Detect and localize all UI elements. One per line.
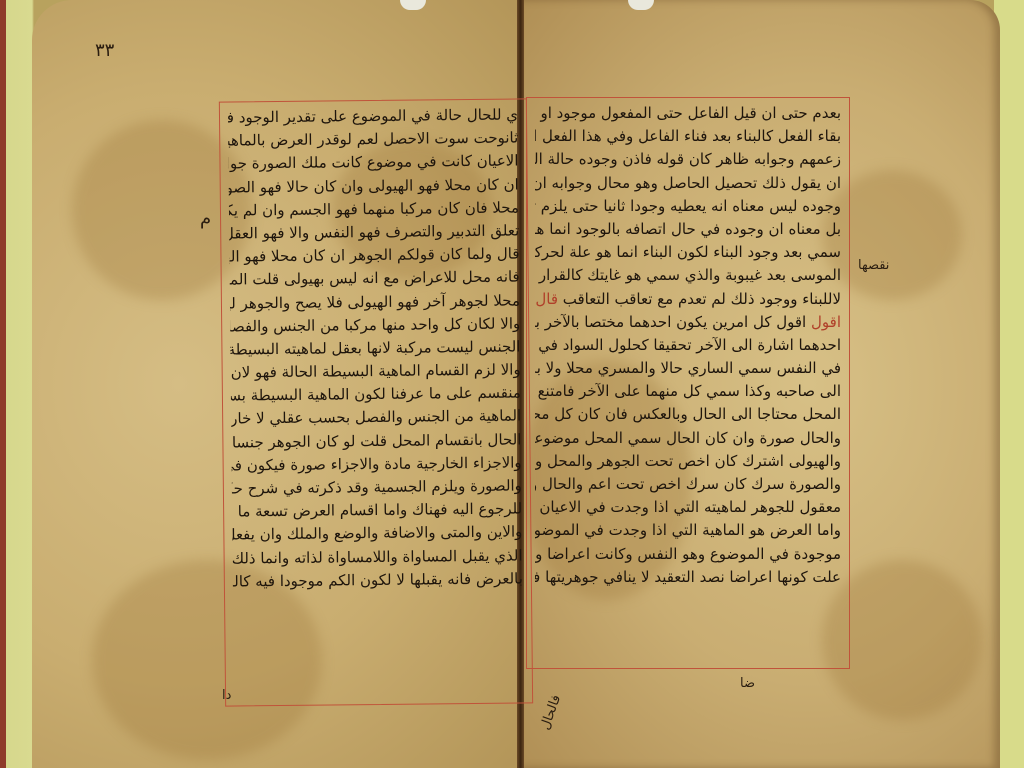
text-line: بل معناه ان وجوده في حال اتصافه بالوجود … [535,218,841,241]
text-line: احدهما اشارة الى الآخر تحقيقا كحلول السو… [535,334,841,357]
text-line: والهيولى اشترك كان اخص تحت الجوهر والمحل… [535,450,841,473]
text-line: منقسم على ما عرفنا لكون الماهية البسيطة … [231,382,521,408]
text-line: والصورة ويلزم الجسمية وقد ذكرته في شرح ح… [232,474,522,500]
text-line: علت كونها اعراضا نصد التعقيد لا ينافي جو… [535,566,841,589]
text-line: محلا فان كان مركبا منهما فهو الجسم وان ل… [229,196,519,222]
right-text-block: بعدم حتى ان قيل الفاعل حتى المفعول موجود… [526,97,850,669]
right-catchword: ضا [740,676,755,691]
text-line: اقول اقول كل امرين يكون احدهما مختصا بال… [535,311,841,334]
rubric-word: قال [535,290,558,308]
text-line: زعمهم وجوابه ظاهر كان قوله فاذن وجوده حا… [535,148,841,171]
text-line: والا لكان كل واحد منها مركبا من الجنس وا… [230,312,520,338]
text-line: لاللبناء ووجود ذلك لم تعدم مع تعاقب التع… [535,288,841,311]
text-line: بعدم حتى ان قيل الفاعل حتى المفعول موجود… [535,102,841,125]
text-line: في النفس سمي الساري حالا والمسري محلا ول… [535,357,841,380]
text-line: معقول للجوهر لماهيته التي اذا وجدت في ال… [535,496,841,519]
text-segment: اقول كل امرين يكون احدهما مختصا بالآخر ب… [535,313,806,331]
text-line: للرجوع اليه فهناك واما اقسام العرض تسعة … [232,498,522,524]
text-line: واما العرض هو الماهية التي اذا وجدت في ا… [535,519,841,542]
right-margin-note: نقصها [858,258,889,273]
text-line: الى صاحبه وكذا سمي كل منهما على الآخر فا… [535,380,841,403]
text-line: ي للحال حالة في الموضوع على تقدير الوجود… [228,103,518,129]
text-line: تعلق التدبير والتصرف فهو النفس والا فهو … [229,219,519,245]
text-line: ان كان محلا فهو الهيولى وان كان حالا فهو… [229,173,519,199]
text-line: الماهية من الجنس والفصل بحسب عقلي لا خار… [231,405,521,431]
text-line: ثانوحت سوت الاحصل لعم لوقدر العرض بالماه… [228,127,518,153]
text-line: وجوده ليس معناه انه يعطيه وجودا ثانيا حت… [535,195,841,218]
left-catchword: دا [222,688,231,703]
text-line: الموسى بعد غيبوبة والذي سمي هو غايتك كال… [535,264,841,287]
text-line: المحل محتاجا الى الحال وبالعكس فان كان ك… [535,403,841,426]
text-line: بقاء الفعل كالبناء بعد فناء الفاعل وفي ه… [535,125,841,148]
text-line: سمي بعد وجود البناء لكون البناء انما هو … [535,241,841,264]
text-line: الحال بانقسام المحل قلت لو كان الجوهر جن… [231,428,521,454]
left-text-block: ي للحال حالة في الموضوع على تقدير الوجود… [219,98,533,706]
rubric-word: اقول [811,313,841,331]
text-line: والحال صورة وان كان الحال سمي المحل موضو… [535,427,841,450]
text-line: الذي يقبل المساواة واللامساواة لذاته وان… [233,544,523,570]
text-line: بالعرض فانه يقبلها لا لكون الكم موجودا ف… [233,567,523,593]
folio-number: ٣٣ [95,40,114,61]
text-line: والا لزم القسام الماهية البسيطة الحالة ف… [231,359,521,385]
text-line: قال ولما كان قولكم الجوهر ان كان محلا فه… [229,243,519,269]
text-line: والاين والمتى والاضافة والوضع والملك وان… [232,521,522,547]
left-margin-mark: م [200,208,211,229]
text-line: والاجزاء الخارجية مادة والاجزاء صورة فيك… [232,451,522,477]
text-line: محلا لجوهر آخر فهو الهيولى فلا يصح والجو… [230,289,520,315]
text-line: ان يقول ذلك تحصيل الحاصل وهو محال وجوابه… [535,172,841,195]
text-line: والصورة سرك كان سرك اخص تحت اعم والحال و… [535,473,841,496]
text-line: الجنس ليست مركبة لانها بعقل لماهيته البس… [230,335,520,361]
text-segment: لاللبناء ووجود ذلك لم تعدم مع تعاقب التع… [563,290,841,308]
text-line: موجودة في الموضوع وهو النفس وكانت اعراضا… [535,543,841,566]
text-line: فانه محل للاعراض مع انه ليس بهيولى قلت ا… [230,266,520,292]
text-line: الاعيان كانت في موضوع كانت ملك الصورة جو… [228,150,518,176]
